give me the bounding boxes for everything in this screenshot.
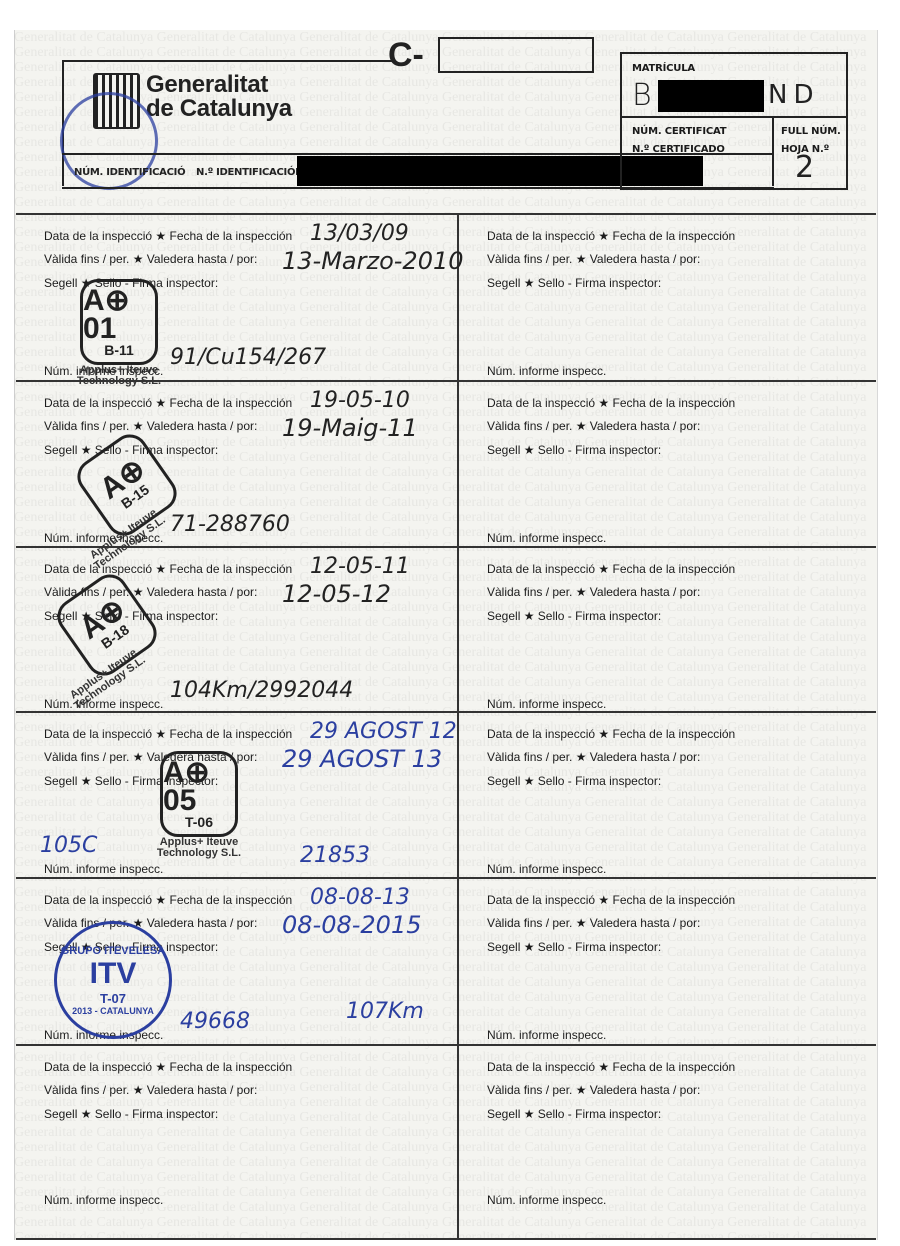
stamp-company: Applus+ Iteuve Technology S.L. [154,837,244,859]
stamp-logo: ITV [90,957,137,991]
inspection-date-value: 08-08-13 [310,885,410,910]
report-number-value: 104Km/2992044 [170,678,353,703]
inspection-stamp-icon: A⊕ 05T-06 [160,751,238,837]
inspection-cell: Data de la inspecció ★ Fecha de la inspe… [487,877,897,1037]
inspection-cell: Data de la inspecció ★ Fecha de la inspe… [487,380,897,540]
date-label: Data de la inspecció ★ Fecha de la inspe… [44,1061,292,1073]
stamp-code: B-11 [104,343,134,357]
row-divider [16,1238,876,1240]
report-number-label: Núm. informe inspecc. [487,365,606,377]
valid-until-label: Vàlida fins / per. ★ Valedera hasta / po… [487,586,700,598]
odometer-note: 105C [40,833,97,858]
report-number-label: Núm. informe inspecc. [44,863,163,875]
date-label: Data de la inspecció ★ Fecha de la inspe… [487,728,735,740]
inspection-cell: Data de la inspecció ★ Fecha de la inspe… [487,213,897,373]
valid-until-value: 12-05-12 [282,580,391,608]
valid-until-label: Vàlida fins / per. ★ Valedera hasta / po… [487,253,700,265]
stamp-year: 2013 - CATALUNYA [72,1006,154,1016]
valid-until-label: Vàlida fins / per. ★ Valedera hasta / po… [487,917,700,929]
inspection-cell: Data de la inspecció ★ Fecha de la inspe… [487,546,897,706]
id-label-es: N.º IDENTIFICACIÓN: [196,167,307,178]
report-number-label: Núm. informe inspecc. [487,863,606,875]
valid-until-value: 13-Marzo-2010 [282,247,464,275]
report-number-value: 49668 [180,1009,250,1034]
plate-label: MATRÍCULA [632,63,695,74]
date-label: Data de la inspecció ★ Fecha de la inspe… [44,728,292,740]
seal-label: Segell ★ Sello - Firma inspector: [487,277,661,289]
seal-label: Segell ★ Sello - Firma inspector: [487,941,661,953]
seal-label: Segell ★ Sello - Firma inspector: [487,444,661,456]
date-label: Data de la inspecció ★ Fecha de la inspe… [487,230,735,242]
valid-until-label: Vàlida fins / per. ★ Valedera hasta / po… [487,420,700,432]
issuer-line-2: de Catalunya [146,97,292,121]
date-label: Data de la inspecció ★ Fecha de la inspe… [487,563,735,575]
report-number-label: Núm. informe inspecc. [44,1194,163,1206]
itv-stamp-icon: GRUPO ITEVELESAITVT-072013 - CATALUNYA [54,921,172,1039]
valid-until-label: Vàlida fins / per. ★ Valedera hasta / po… [44,917,257,929]
odometer-note: 107Km [346,999,424,1024]
report-number-label: Núm. informe inspecc. [44,698,163,710]
inspection-stamp-icon: A⊕ 01B-11 [80,279,158,365]
valid-until-value: 08-08-2015 [282,911,421,939]
report-number-label: Núm. informe inspecc. [487,1194,606,1206]
stamp-mark: A⊕ 05 [163,759,235,815]
date-label: Data de la inspecció ★ Fecha de la inspe… [44,397,292,409]
seal-label: Segell ★ Sello - Firma inspector: [487,610,661,622]
plate-divider [620,116,846,118]
valid-until-label: Vàlida fins / per. ★ Valedera hasta / po… [487,1084,700,1096]
seal-label: Segell ★ Sello - Firma inspector: [487,1108,661,1120]
inspection-date-value: 13/03/09 [310,221,409,246]
inspection-cell: Data de la inspecció ★ Fecha de la inspe… [487,1044,897,1204]
stamp-code: T-07 [100,991,126,1006]
plate-prefix: B [632,78,652,113]
cert-label-es: N.º CERTIFICADO [632,144,725,155]
report-number-value: 71-288760 [170,512,290,537]
sheet-label-ca: FULL NÚM. [781,126,841,137]
date-label: Data de la inspecció ★ Fecha de la inspe… [487,1061,735,1073]
valid-until-value: 19-Maig-11 [282,414,418,442]
inspection-cell: Data de la inspecció ★ Fecha de la inspe… [487,711,897,871]
report-number-value: 21853 [300,843,370,868]
issuer-line-1: Generalitat [146,73,292,97]
plate-redacted [658,80,764,112]
date-label: Data de la inspecció ★ Fecha de la inspe… [44,230,292,242]
issuer-name: Generalitat de Catalunya [146,73,292,121]
date-label: Data de la inspecció ★ Fecha de la inspe… [44,894,292,906]
date-label: Data de la inspecció ★ Fecha de la inspe… [44,563,292,575]
seal-label: Segell ★ Sello - Firma inspector: [487,775,661,787]
valid-until-label: Vàlida fins / per. ★ Valedera hasta / po… [44,1084,257,1096]
inspection-date-value: 12-05-11 [310,554,410,579]
stamp-company: GRUPO ITEVELESA [61,945,166,957]
seal-label: Segell ★ Sello - Firma inspector: [44,1108,218,1120]
date-label: Data de la inspecció ★ Fecha de la inspe… [487,397,735,409]
sheet-divider [772,116,774,186]
id-label-ca: NÚM. IDENTIFICACIÓ [74,167,185,178]
valid-until-label: Vàlida fins / per. ★ Valedera hasta / po… [44,420,257,432]
valid-until-label: Vàlida fins / per. ★ Valedera hasta / po… [487,751,700,763]
report-number-label: Núm. informe inspecc. [487,1029,606,1041]
valid-until-value: 29 AGOST 13 [282,745,442,773]
date-label: Data de la inspecció ★ Fecha de la inspe… [487,894,735,906]
plate-suffix: ND [768,80,819,110]
report-number-label: Núm. informe inspecc. [487,698,606,710]
valid-until-label: Vàlida fins / per. ★ Valedera hasta / po… [44,253,257,265]
stamp-code: T-06 [185,815,213,829]
cert-label-ca: NÚM. CERTIFICAT [632,126,726,137]
inspection-date-value: 29 AGOST 12 [310,719,457,744]
report-number-value: 91/Cu154/267 [170,345,326,370]
inspection-cell: Data de la inspecció ★ Fecha de la inspe… [44,1044,454,1204]
stamp-mark: A⊕ 01 [83,287,155,343]
inspection-date-value: 19-05-10 [310,388,410,413]
report-number-label: Núm. informe inspecc. [487,532,606,544]
column-divider [457,213,459,1238]
sheet-number: 2 [795,150,814,185]
